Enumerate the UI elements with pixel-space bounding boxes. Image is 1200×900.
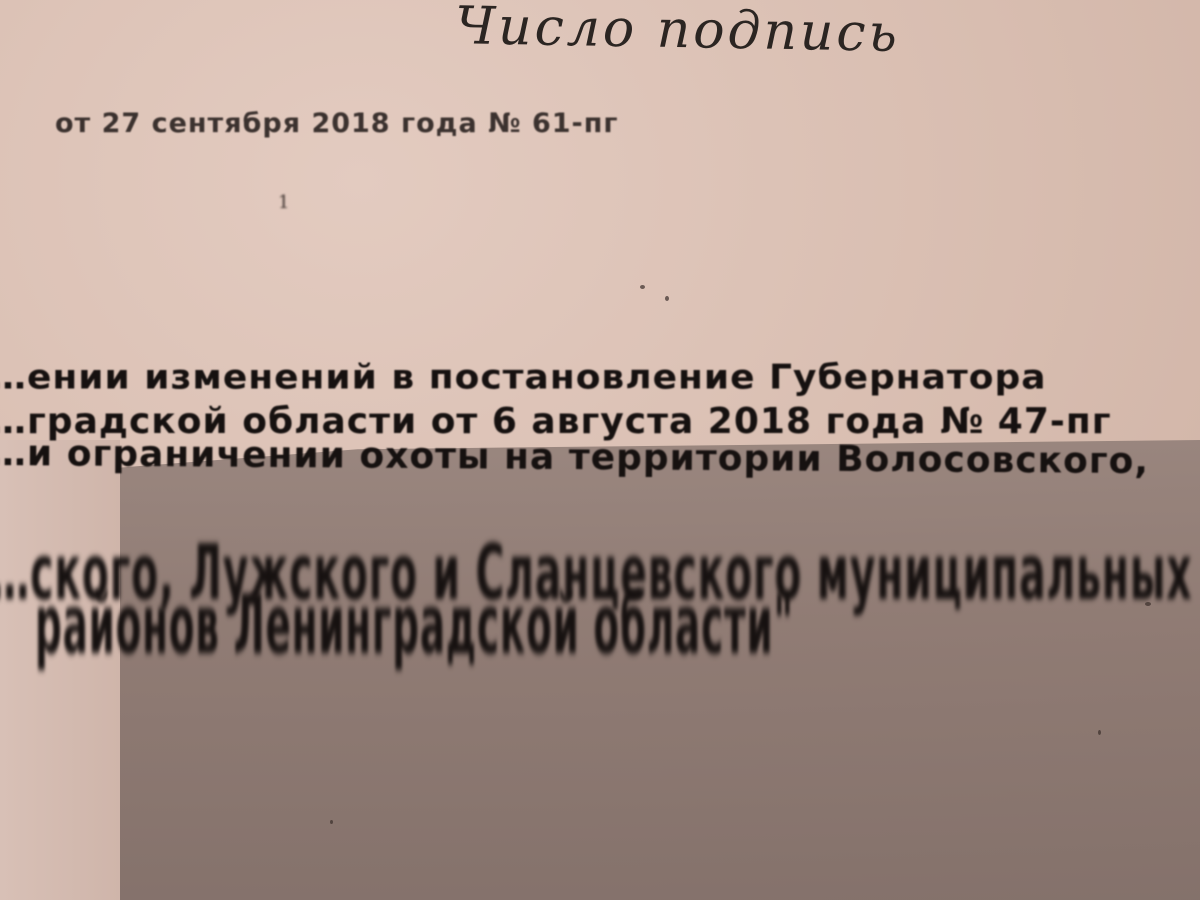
title-line-1: …ении изменений в постановление Губернат… [0,361,1047,395]
ink-speck [1145,602,1151,606]
title-line-5: районов Ленинградской области" [35,585,794,667]
ink-speck [1098,730,1101,735]
decree-reference: от 27 сентября 2018 года № 61-пг [55,108,619,139]
ink-speck [330,820,333,824]
ink-speck [665,296,669,301]
handwritten-note: Число подпись [455,0,901,64]
ink-speck [640,285,645,289]
stray-mark: 1 [278,192,289,213]
title-line-3: …и ограничении охоты на территории Волос… [0,436,1149,480]
